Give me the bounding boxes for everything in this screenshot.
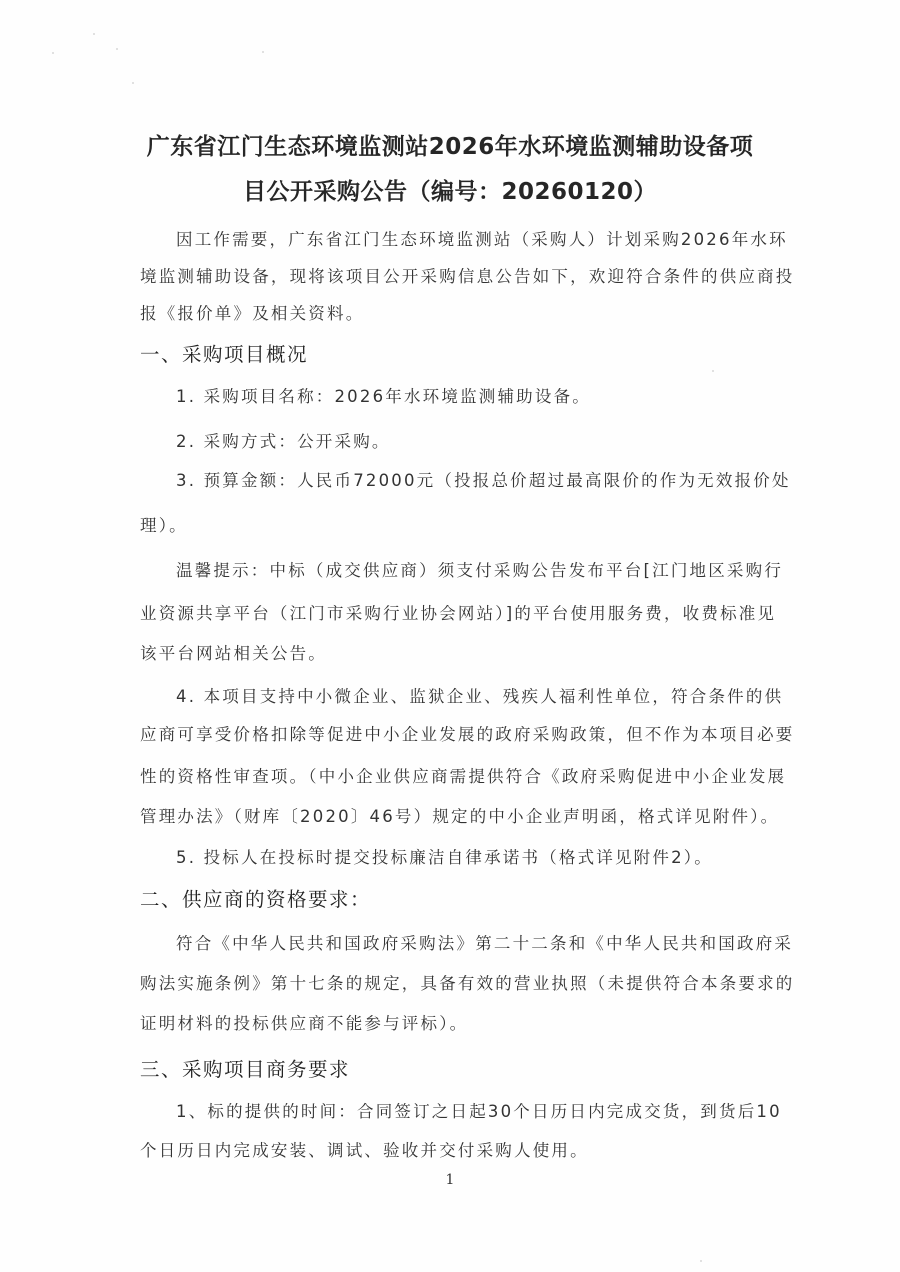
section-1-item-3-line-1: 3. 预算金额：人民币72000元（投报总价超过最高限价的作为无效报价处 [176,467,780,491]
section-2-body-line-2: 购法实施条例》第十七条的规定，具备有效的营业执照（未提供符合本条要求的 [140,970,780,994]
document-title-line-2: 目公开采购公告（编号：20260120） [0,173,900,206]
page-number: 1 [0,1172,900,1188]
section-3-heading: 三、采购项目商务要求 [140,1054,350,1082]
section-1-heading: 一、采购项目概况 [140,339,308,367]
section-2-heading: 二、供应商的资格要求： [140,884,371,912]
tip-paragraph-line-2: 业资源共享平台（江门市采购行业协会网站）]的平台使用服务费，收费标准见 [140,600,780,624]
document-title-line-1: 广东省江门生态环境监测站2026年水环境监测辅助设备项 [0,128,900,161]
scan-speck [560,820,562,822]
section-1-item-4-line-1: 4. 本项目支持中小微企业、监狱企业、残疾人福利性单位，符合条件的供 [176,683,780,707]
scan-speck [262,51,264,53]
section-1-item-4-line-2: 应商可享受价格扣除等促进中小企业发展的政府采购政策，但不作为本项目必要 [140,721,780,745]
section-3-item-1-line-2: 个日历日内完成安装、调试、验收并交付采购人使用。 [140,1137,780,1161]
section-3-item-1-line-1: 1、标的提供的时间：合同签订之日起30个日历日内完成交货，到货后10 [176,1098,780,1122]
scan-speck [700,1260,702,1262]
tip-paragraph-line-1: 温馨提示：中标（成交供应商）须支付采购公告发布平台[江门地区采购行 [176,557,780,581]
section-1-item-4-line-4: 管理办法》（财库〔2020〕46号）规定的中小企业声明函，格式详见附件）。 [140,803,780,827]
scan-speck [93,33,95,35]
scan-speck [132,82,134,84]
scan-speck [712,370,714,372]
scan-speck [52,52,54,54]
document-page: 广东省江门生态环境监测站2026年水环境监测辅助设备项 目公开采购公告（编号：2… [0,0,900,1272]
intro-paragraph-line-3: 报《报价单》及相关资料。 [140,300,780,324]
intro-paragraph-line-2: 境监测辅助设备，现将该项目公开采购信息公告如下，欢迎符合条件的供应商投 [140,263,780,287]
scan-speck [116,48,118,50]
section-2-body-line-3: 证明材料的投标供应商不能参与评标）。 [140,1010,780,1034]
section-2-body-line-1: 符合《中华人民共和国政府采购法》第二十二条和《中华人民共和国政府采 [176,930,780,954]
section-1-item-4-line-3: 性的资格性审查项。（中小企业供应商需提供符合《政府采购促进中小企业发展 [140,763,780,787]
section-1-item-2: 2. 采购方式：公开采购。 [176,428,780,452]
section-1-item-5: 5. 投标人在投标时提交投标廉洁自律承诺书（格式详见附件2）。 [176,844,780,868]
tip-paragraph-line-3: 该平台网站相关公告。 [140,640,780,664]
intro-paragraph-line-1: 因工作需要，广东省江门生态环境监测站（采购人）计划采购2026年水环 [176,226,780,250]
section-1-item-1: 1. 采购项目名称：2026年水环境监测辅助设备。 [176,383,780,407]
section-1-item-3-line-2: 理）。 [140,512,780,536]
